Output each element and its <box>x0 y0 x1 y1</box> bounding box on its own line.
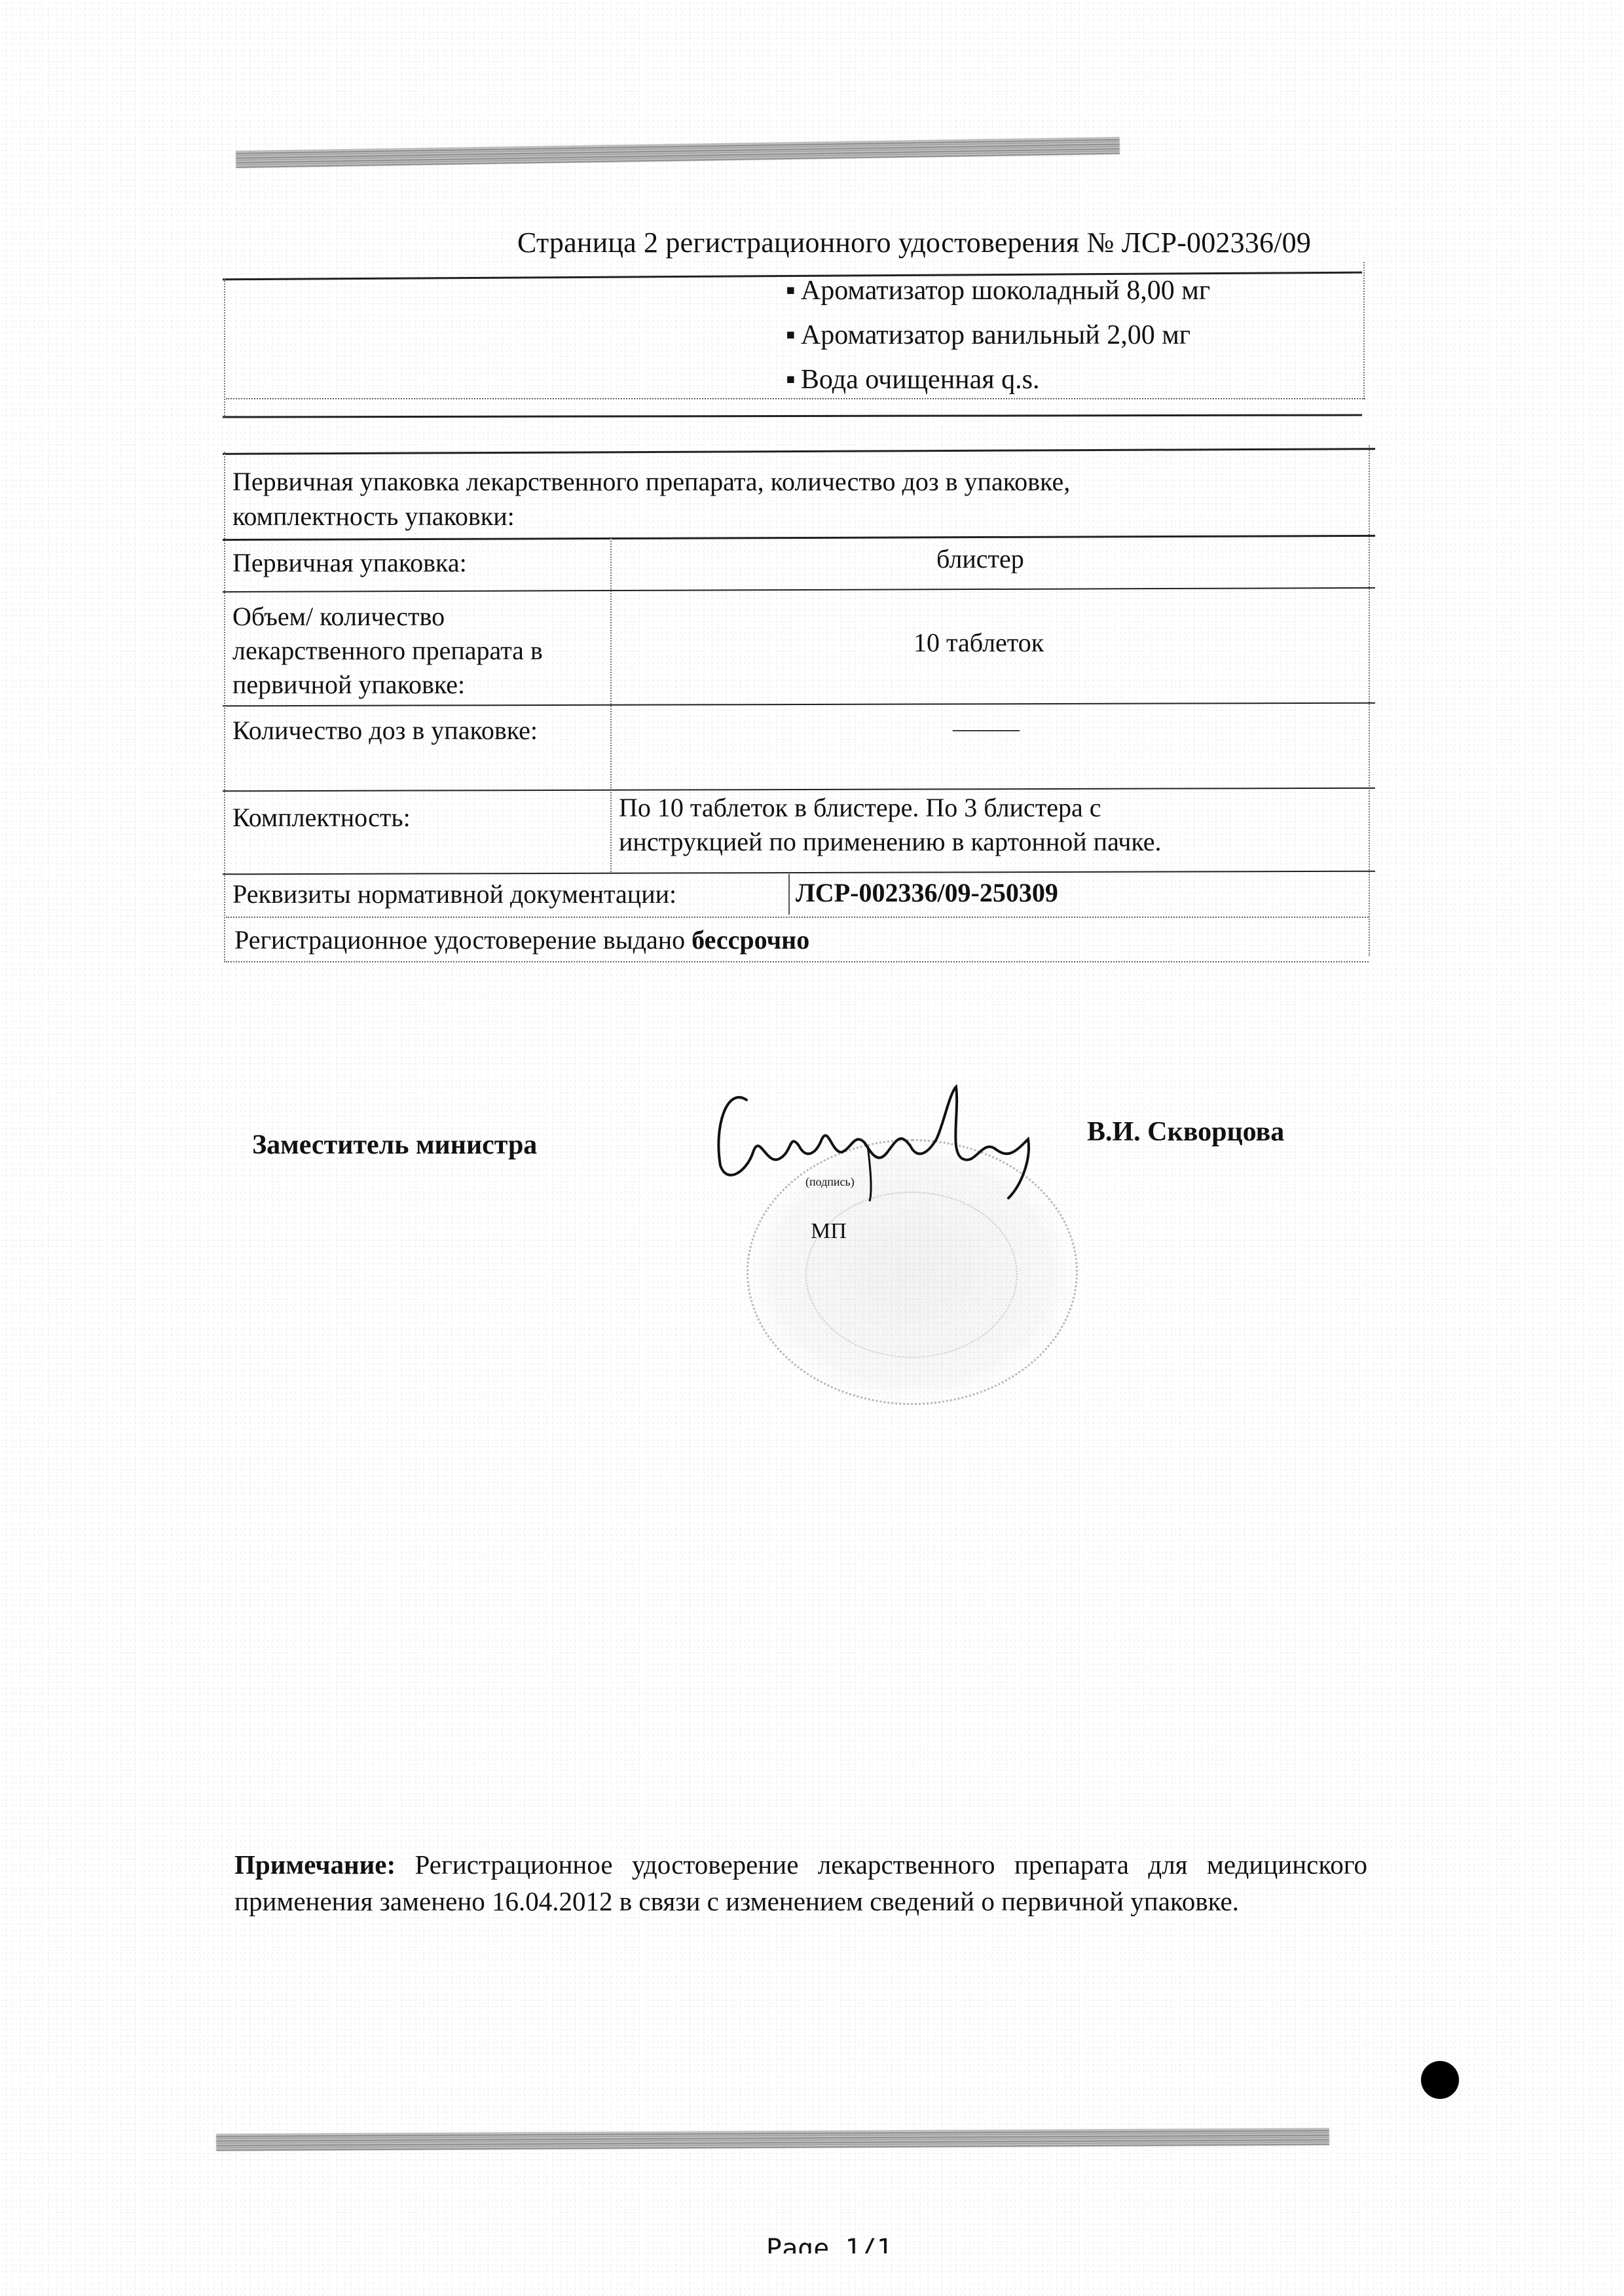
signature-icon <box>701 1074 1067 1205</box>
packaging-section-title: Первичная упаковка лекарственного препар… <box>232 466 1070 497</box>
table-border <box>223 535 1375 541</box>
note-text: Регистрационное удостоверение лекарствен… <box>234 1850 1367 1916</box>
note-paragraph: Примечание: Регистрационное удостоверени… <box>234 1846 1367 1920</box>
row-label-volume: Объем/ количество <box>232 601 445 632</box>
table-border <box>223 448 1375 455</box>
official-seal-inner <box>805 1192 1018 1358</box>
row-label-volume: первичной упаковке: <box>232 669 465 700</box>
signature-caption: (подпись) <box>805 1175 855 1189</box>
row-label-completeness: Комплектность: <box>232 802 411 833</box>
table-border <box>1369 445 1370 956</box>
validity-text: Регистрационное удостоверение выдано <box>234 925 692 955</box>
table-column-divider <box>788 874 790 915</box>
note-label: Примечание: <box>234 1850 396 1880</box>
table-border <box>223 702 1375 707</box>
table-border <box>226 961 1369 962</box>
table-border <box>226 398 1365 399</box>
table-border <box>224 278 225 416</box>
table-border <box>226 917 1369 918</box>
table-border <box>223 871 1375 875</box>
validity-value: бессрочно <box>692 925 809 955</box>
row-value-completeness: По 10 таблеток в блистере. По 3 блистера… <box>619 792 1101 823</box>
scan-artifact-bottom <box>216 2128 1329 2151</box>
composition-item: Ароматизатор шоколадный 8,00 мг <box>786 275 1210 306</box>
table-border <box>224 452 225 962</box>
page-number: Page 1/1 <box>766 2234 893 2253</box>
table-border <box>223 587 1375 592</box>
normative-value: ЛСР-002336/09-250309 <box>796 877 1058 908</box>
composition-item: Вода очищенная q.s. <box>786 364 1039 395</box>
scan-artifact-top <box>236 137 1120 168</box>
packaging-section-title: комплектность упаковки: <box>232 501 515 532</box>
page-header: Страница 2 регистрационного удостоверени… <box>517 226 1311 259</box>
row-label-primary-packaging: Первичная упаковка: <box>232 547 467 578</box>
row-value-volume: 10 таблеток <box>913 627 1044 658</box>
signatory-name: В.И. Скворцова <box>1087 1116 1284 1148</box>
row-value-primary-packaging: блистер <box>936 543 1024 574</box>
normative-label: Реквизиты нормативной документации: <box>232 879 676 909</box>
table-border <box>223 788 1375 792</box>
composition-item: Ароматизатор ванильный 2,00 мг <box>786 319 1190 351</box>
validity-statement: Регистрационное удостоверение выдано бес… <box>234 924 809 955</box>
row-label-doses: Количество доз в упаковке: <box>232 715 538 746</box>
table-border <box>1363 262 1365 399</box>
row-value-doses: ——— <box>953 717 1020 742</box>
row-label-volume: лекарственного препарата в <box>232 635 543 666</box>
signatory-position: Заместитель министра <box>252 1129 537 1161</box>
table-border <box>223 414 1362 418</box>
punch-hole-mark <box>1421 2061 1459 2099</box>
seal-caption: МП <box>811 1219 847 1244</box>
row-value-completeness: инструкцией по применению в картонной па… <box>619 826 1162 857</box>
